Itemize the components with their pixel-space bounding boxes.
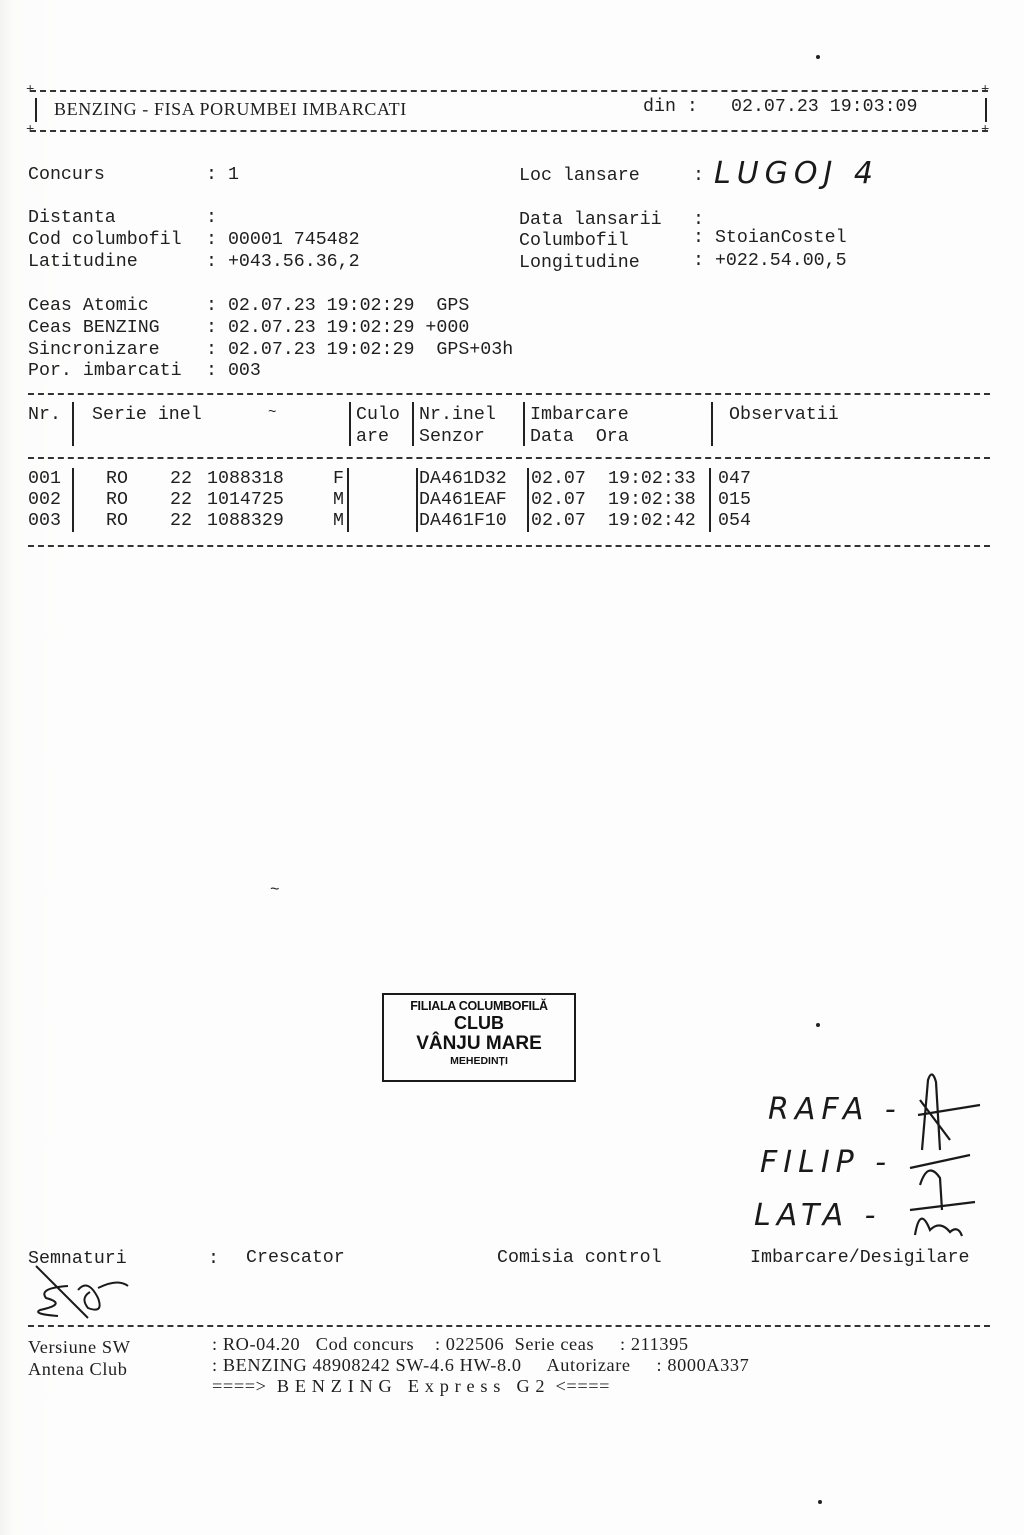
cell-time: 19:02:33 xyxy=(608,469,696,491)
club-stamp: FILIALA COLUMBOFILĂ CLUB VÂNJU MARE MEHE… xyxy=(382,993,576,1082)
stamp-line-4: MEHEDINȚI xyxy=(384,1055,574,1067)
data-lansarii-label: Data lansarii xyxy=(519,210,673,232)
footer-separator xyxy=(28,1325,990,1327)
col-separator xyxy=(709,468,711,532)
por-imbarcati-value: : 003 xyxy=(206,361,261,383)
col-separator xyxy=(416,468,418,532)
cell-sex: M xyxy=(333,511,344,533)
cell-country: RO xyxy=(106,490,128,512)
cell-sex: F xyxy=(333,469,344,491)
loc-lansare-label: Loc lansare xyxy=(519,166,684,188)
cell-year: 22 xyxy=(170,490,192,512)
latitudine-label: Latitudine xyxy=(28,252,215,274)
cell-year: 22 xyxy=(170,511,192,533)
columbofil-value: : StoianCostel xyxy=(693,228,847,250)
latitudine-value: : +043.56.36,2 xyxy=(206,252,360,274)
signature-comisia: Comisia control xyxy=(497,1248,662,1270)
cell-time: 19:02:38 xyxy=(608,490,696,512)
header-date-label: din : xyxy=(643,97,698,119)
sincronizare-value: : 02.07.23 19:02:29 GPS+03h xyxy=(206,340,513,362)
benzing-express-banner: ====> B E N Z I N G E x p r e s s G 2 <=… xyxy=(212,1376,610,1398)
scribble-signatures xyxy=(880,1060,990,1240)
header-bottom-border xyxy=(30,130,988,132)
handwritten-name-2: FILIP - xyxy=(760,1145,892,1180)
ceas-atomic-label: Ceas Atomic xyxy=(28,296,215,318)
col-separator xyxy=(349,402,351,446)
col-header-observatii: Observatii xyxy=(729,405,839,427)
stray-dot xyxy=(816,55,820,59)
col-header-senzor: Nr.inel xyxy=(419,405,496,427)
cell-observatii: 015 xyxy=(718,490,751,512)
header-right-border xyxy=(985,98,987,122)
handwritten-location: LUGOJ 4 xyxy=(714,156,879,191)
col-header-imbarcare: Imbarcare xyxy=(530,405,629,427)
columbofil-label: Columbofil xyxy=(519,231,684,253)
corner-mark: + xyxy=(981,123,989,137)
header-date-value: 02.07.23 19:03:09 xyxy=(731,97,918,119)
corner-mark: + xyxy=(26,83,34,97)
corner-mark: + xyxy=(26,123,34,137)
cell-date: 02.07 xyxy=(531,490,586,512)
signature-crescator: Crescator xyxy=(246,1248,345,1270)
tilde-mark: ~ xyxy=(268,403,276,425)
col-separator xyxy=(711,402,713,446)
por-imbarcati-label: Por. imbarcati xyxy=(28,361,182,383)
printed-sheet: + + BENZING - FISA PORUMBEI IMBARCATI di… xyxy=(0,0,1024,1535)
col-separator xyxy=(527,468,529,532)
col-header-culoare-2: are xyxy=(356,427,389,449)
cell-country: RO xyxy=(106,469,128,491)
cell-date: 02.07 xyxy=(531,469,586,491)
sincronizare-label: Sincronizare xyxy=(28,340,215,362)
breeder-signature xyxy=(28,1258,138,1328)
header-left-border xyxy=(35,98,37,122)
stamp-line-1: FILIALA COLUMBOFILĂ xyxy=(384,999,574,1013)
table-header-border xyxy=(28,457,990,459)
cell-ring: 1088318 xyxy=(207,469,284,491)
ceas-atomic-value: : 02.07.23 19:02:29 GPS xyxy=(206,296,469,318)
col-header-senzor-2: Senzor xyxy=(419,427,485,449)
cell-sex: M xyxy=(333,490,344,512)
cell-sensor: DA461EAF xyxy=(419,490,507,512)
distanta-label: Distanta xyxy=(28,208,215,230)
longitudine-value: : +022.54.00,5 xyxy=(693,251,847,273)
cod-columbofil-value: : 00001 745482 xyxy=(206,230,360,252)
cell-country: RO xyxy=(106,511,128,533)
concurs-value: : 1 xyxy=(206,165,239,187)
cell-nr: 001 xyxy=(28,469,61,491)
cell-ring: 1088329 xyxy=(207,511,284,533)
longitudine-label: Longitudine xyxy=(519,253,684,275)
table-top-border xyxy=(28,393,990,395)
cell-year: 22 xyxy=(170,469,192,491)
col-separator xyxy=(412,402,414,446)
stray-mark: ~ xyxy=(270,880,280,902)
concurs-label: Concurs xyxy=(28,165,215,187)
versiune-sw-value: : RO-04.20 Cod concurs : 022506 Serie ce… xyxy=(212,1334,689,1356)
stamp-line-3: VÂNJU MARE xyxy=(384,1033,574,1055)
cell-nr: 002 xyxy=(28,490,61,512)
stray-dot xyxy=(818,1500,822,1504)
cell-date: 02.07 xyxy=(531,511,586,533)
ceas-benzing-label: Ceas BENZING xyxy=(28,318,215,340)
col-separator xyxy=(72,468,74,532)
cell-sensor: DA461F10 xyxy=(419,511,507,533)
col-header-serie: Serie inel xyxy=(92,405,202,427)
cell-observatii: 054 xyxy=(718,511,751,533)
handwritten-name-3: LATA - xyxy=(754,1198,882,1233)
col-separator xyxy=(72,402,74,446)
signatures-colon: : xyxy=(208,1249,219,1271)
document-title: BENZING - FISA PORUMBEI IMBARCATI xyxy=(54,99,407,121)
distanta-value: : xyxy=(206,208,217,230)
header-top-border xyxy=(30,90,988,92)
col-separator xyxy=(347,468,349,532)
antena-club-label: Antena Club xyxy=(28,1359,128,1381)
antena-club-value: : BENZING 48908242 SW-4.6 HW-8.0 Autoriz… xyxy=(212,1355,749,1377)
loc-lansare-colon: : xyxy=(693,166,704,188)
cell-observatii: 047 xyxy=(718,469,751,491)
col-header-nr: Nr. xyxy=(28,405,61,427)
stamp-line-2: CLUB xyxy=(384,1013,574,1033)
versiune-sw-label: Versiune SW xyxy=(28,1337,131,1359)
cell-ring: 1014725 xyxy=(207,490,284,512)
cell-nr: 003 xyxy=(28,511,61,533)
corner-mark: + xyxy=(981,83,989,97)
cell-sensor: DA461D32 xyxy=(419,469,507,491)
table-bottom-border xyxy=(28,545,990,547)
cod-columbofil-label: Cod columbofil xyxy=(28,230,182,252)
stray-dot xyxy=(816,1023,820,1027)
col-header-culoare: Culo xyxy=(356,405,400,427)
col-header-data-ora: Data Ora xyxy=(530,427,629,449)
signature-imbarcare: Imbarcare/Desigilare xyxy=(750,1248,969,1270)
col-separator xyxy=(523,402,525,446)
cell-time: 19:02:42 xyxy=(608,511,696,533)
ceas-benzing-value: : 02.07.23 19:02:29 +000 xyxy=(206,318,469,340)
